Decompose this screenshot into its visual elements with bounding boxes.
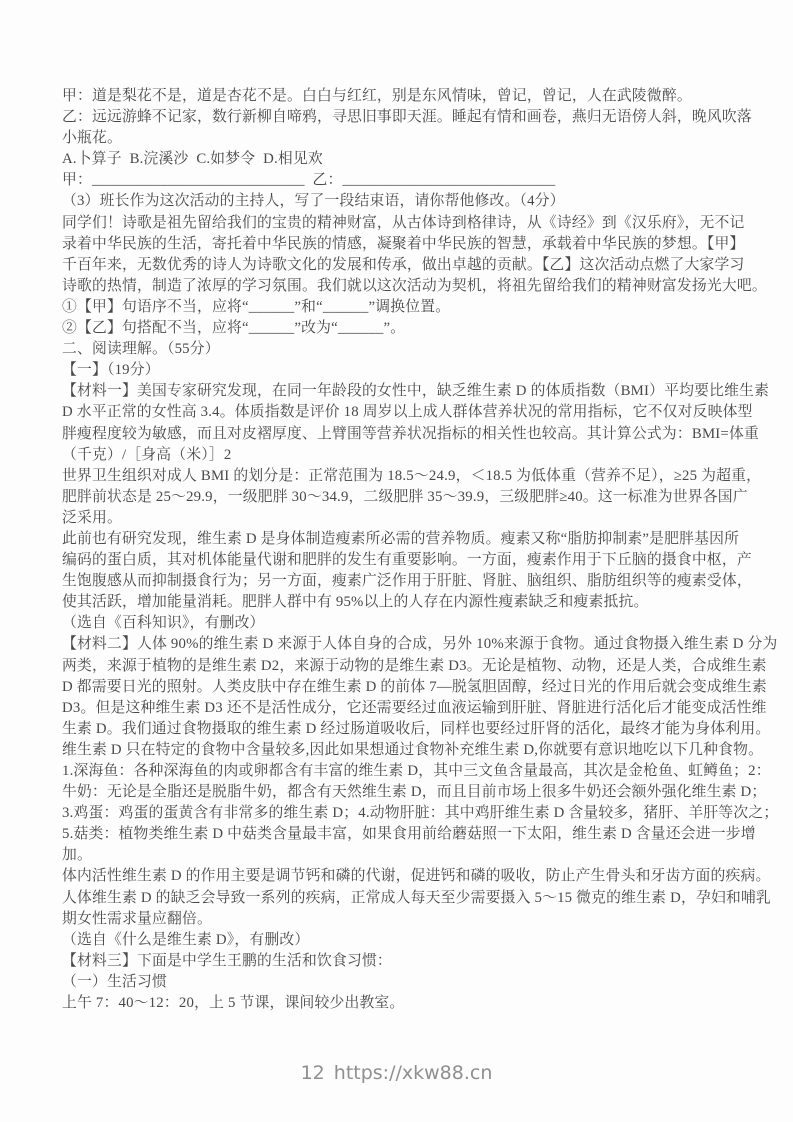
text-line: 生素 D。我们通过食物摄取的维生素 D 经过肠道吸收后，同样也要经过肝肾的活化，… bbox=[62, 719, 752, 740]
text-line: 泛采用。 bbox=[62, 508, 752, 529]
text-line: 3.鸡蛋：鸡蛋的蛋黄含有非常多的维生素 D；4.动物肝脏：其中鸡肝维生素 D 含… bbox=[62, 803, 752, 824]
text-line: 使其活跃，增加能量消耗。肥胖人群中有 95%以上的人存在内源性瘦素缺乏和瘦素抵抗… bbox=[62, 592, 752, 613]
text-line: 胖瘦程度较为敏感，而且对皮褶厚度、上臂围等营养状况指标的相关性也较高。其计算公式… bbox=[62, 424, 752, 445]
text-line: 小瓶花。 bbox=[62, 128, 752, 149]
text-line: 此前也有研究发现，维生素 D 是身体制造瘦素所必需的营养物质。瘦素又称“脂肪抑制… bbox=[62, 529, 752, 550]
text-line: 世界卫生组织对成人 BMI 的划分是：正常范围为 18.5～24.9，＜18.5… bbox=[62, 466, 752, 487]
text-line: 【材料一】美国专家研究发现，在同一年龄段的女性中，缺乏维生素 D 的体质指数（B… bbox=[62, 381, 752, 402]
text-line: 两类，来源于植物的是维生素 D2，来源于动物的是维生素 D3。无论是植物、动物，… bbox=[62, 656, 752, 677]
text-line: ①【甲】句语序不当，应将“______”和“______”调换位置。 bbox=[62, 297, 752, 318]
text-line: 编码的蛋白质，其对机体能量代谢和肥胖的发生有重要影响。一方面，瘦素作用于下丘脑的… bbox=[62, 550, 752, 571]
text-line: 期女性需求量应翻倍。 bbox=[62, 909, 752, 930]
text-line: 生饱腹感从而抑制摄食行为；另一方面，瘦素广泛作用于肝脏、肾脏、脑组织、脂肪组织等… bbox=[62, 571, 752, 592]
text-line: 维生素 D 只在特定的食物中含量较多,因此如果想通过食物补充维生素 D,你就要有… bbox=[62, 740, 752, 761]
text-line: 体内活性维生素 D 的作用主要是调节钙和磷的代谢，促进钙和磷的吸收，防止产生骨头… bbox=[62, 866, 752, 887]
text-line: 【材料三】下面是中学生王鹏的生活和饮食习惯： bbox=[62, 951, 752, 972]
text-line: 加。 bbox=[62, 845, 752, 866]
text-line: 【材料二】人体 90%的维生素 D 来源于人体自身的合成，另外 10%来源于食物… bbox=[62, 634, 752, 655]
text-line: 同学们！诗歌是祖先留给我们的宝贵的精神财富，从古体诗到格律诗，从《诗经》到《汉乐… bbox=[62, 213, 752, 234]
text-line: 人体维生素 D 的缺乏会导致一系列的疾病，正常成人每天至少需要摄入 5～15 微… bbox=[62, 888, 752, 909]
text-line: （3）班长作为这次活动的主持人，写了一段结束语，请你帮他修改。（4分） bbox=[62, 191, 752, 212]
text-line: 肥胖前状态是 25～29.9，一级肥胖 30～34.9，二级肥胖 35～39.9… bbox=[62, 487, 752, 508]
text-line: 1.深海鱼：各种深海鱼的肉或卵都含有丰富的维生素 D，其中三文鱼含量最高，其次是… bbox=[62, 761, 752, 782]
page-number: 12 bbox=[301, 1062, 325, 1084]
text-line: 乙：远远游蜂不记家，数行新柳自啼鸦，寻思旧事即天涯。睡起有情和画卷，燕归无语傍人… bbox=[62, 107, 752, 128]
text-line: 牛奶：无论是全脂还是脱脂牛奶，都含有天然维生素 D，而且目前市场上很多牛奶还会额… bbox=[62, 782, 752, 803]
text-line: ②【乙】句搭配不当，应将“______”改为“______”。 bbox=[62, 318, 752, 339]
text-line: A.卜算子 B.浣溪沙 C.如梦令 D.相见欢 bbox=[62, 149, 752, 170]
text-line: D 都需要日光的照射。人类皮肤中存在维生素 D 的前体 7—脱氢胆固醇，经过日光… bbox=[62, 677, 752, 698]
text-line: 二、阅读理解。（55分） bbox=[62, 339, 752, 360]
text-line: 甲：道是梨花不是，道是杏花不是。白白与红红，别是东风情味，曾记，曾记，人在武陵微… bbox=[62, 86, 752, 107]
document-body: 甲：道是梨花不是，道是杏花不是。白白与红红，别是东风情味，曾记，曾记，人在武陵微… bbox=[62, 86, 752, 1014]
text-line: 【一】（19分） bbox=[62, 360, 752, 381]
footer-url: https://xkw88.cn bbox=[334, 1062, 493, 1084]
text-line: （千克）/［身高（米）］2 bbox=[62, 445, 752, 466]
text-line: 甲：____________________________ 乙：_______… bbox=[62, 170, 752, 191]
text-line: （选自《百科知识》，有删改） bbox=[62, 613, 752, 634]
text-line: 诗歌的热情，制造了浓厚的学习氛围。我们就以这次活动为契机，将祖先留给我们的精神财… bbox=[62, 276, 752, 297]
document-page: 甲：道是梨花不是，道是杏花不是。白白与红红，别是东风情味，曾记，曾记，人在武陵微… bbox=[0, 0, 793, 1122]
text-line: D3。但是这种维生素 D3 还不是活性成分，它还需要经过血液运输到肝脏、肾脏进行… bbox=[62, 698, 752, 719]
text-line: （一）生活习惯 bbox=[62, 972, 752, 993]
text-line: D 水平正常的女性高 3.4。体质指数是评价 18 周岁以上成人群体营养状况的常… bbox=[62, 402, 752, 423]
text-line: 5.菇类：植物类维生素 D 中菇类含量最丰富，如果食用前给蘑菇照一下太阳，维生素… bbox=[62, 824, 752, 845]
text-line: 录着中华民族的生活，寄托着中华民族的情感，凝聚着中华民族的智慧，承载着中华民族的… bbox=[62, 234, 752, 255]
page-footer: 12https://xkw88.cn bbox=[0, 1062, 793, 1084]
text-line: 千百年来，无数优秀的诗人为诗歌文化的发展和传承，做出卓越的贡献。【乙】这次活动点… bbox=[62, 255, 752, 276]
text-line: 上午 7：40～12：20，上 5 节课，课间较少出教室。 bbox=[62, 993, 752, 1014]
text-line: （选自《什么是维生素 D》，有删改） bbox=[62, 930, 752, 951]
